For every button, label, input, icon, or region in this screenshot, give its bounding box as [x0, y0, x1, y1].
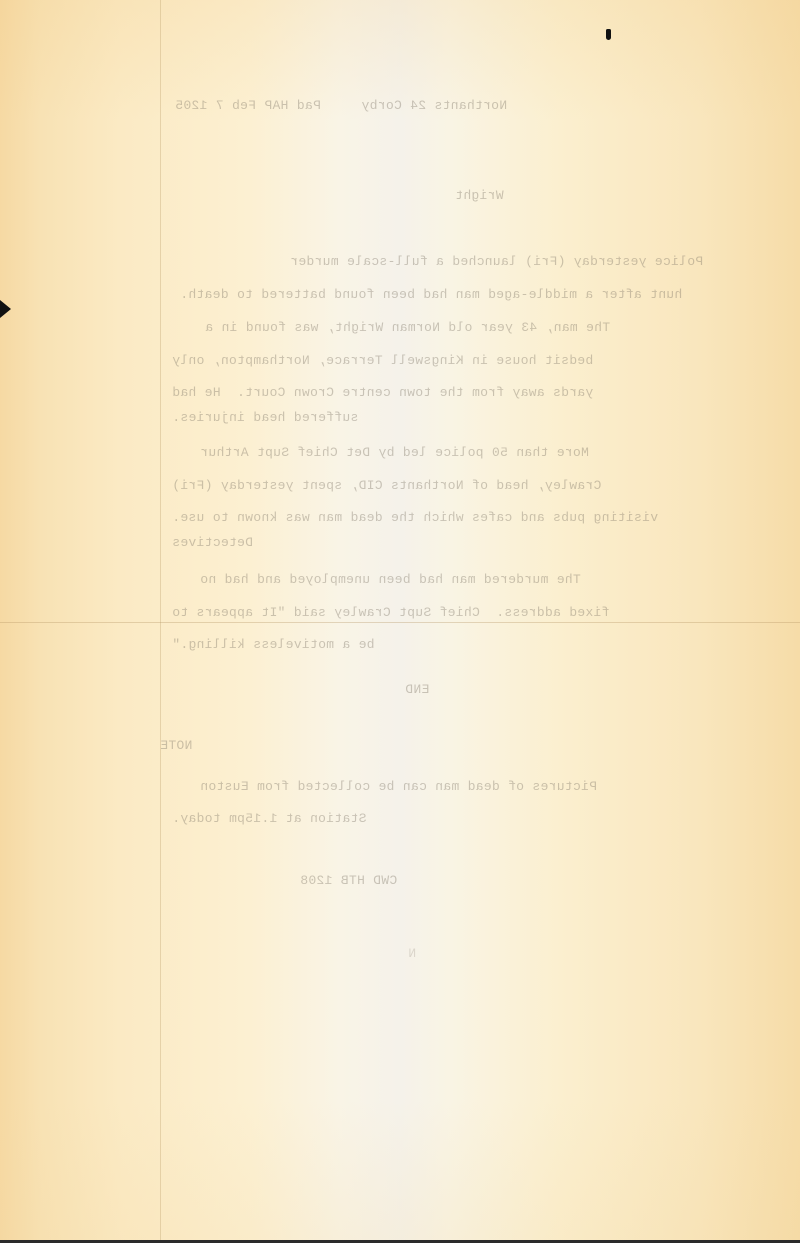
catchline: Wright	[455, 188, 504, 203]
paragraph-line: The man, 43 year old Norman Wright, was …	[205, 320, 610, 335]
punch-hole-notch-icon	[0, 300, 11, 318]
paragraph-line: hunt after a middle-aged man had been fo…	[180, 287, 682, 302]
paragraph-line: visiting pubs and cafes which the dead m…	[172, 510, 658, 525]
note-line: Station at 1.15pm today.	[172, 811, 366, 826]
paragraph-line: be a motiveless killing."	[172, 637, 375, 652]
footer-code: CWD HTB 1208	[300, 873, 397, 888]
paragraph-line: fixed address. Chief Supt Crawley said "…	[172, 605, 609, 620]
paragraph-line: Crawley, head of Northants CID, spent ye…	[172, 478, 601, 493]
note-label: NOTE	[160, 738, 192, 753]
note-line: Pictures of dead man can be collected fr…	[200, 779, 597, 794]
slug-line: Northants 24 Corby Pad HAP Feb 7 1205	[175, 98, 507, 113]
end-marker: END	[405, 682, 429, 697]
ink-blot-mark	[606, 29, 611, 40]
horizontal-fold-line	[0, 622, 800, 623]
paragraph-line: bedsit house in Kingswell Terrace, North…	[172, 353, 593, 368]
paragraph-line: Detectives	[172, 535, 253, 550]
page-mark: N	[408, 946, 416, 961]
paragraph-line: Police yesterday (Fri) launched a full-s…	[290, 254, 703, 269]
paragraph-line: More than 50 police led by Det Chief Sup…	[200, 445, 589, 460]
paragraph-line: yards away from the town centre Crown Co…	[172, 385, 593, 400]
paragraph-line: suffered head injuries.	[172, 410, 358, 425]
paragraph-line: The murdered man had been unemployed and…	[200, 572, 581, 587]
